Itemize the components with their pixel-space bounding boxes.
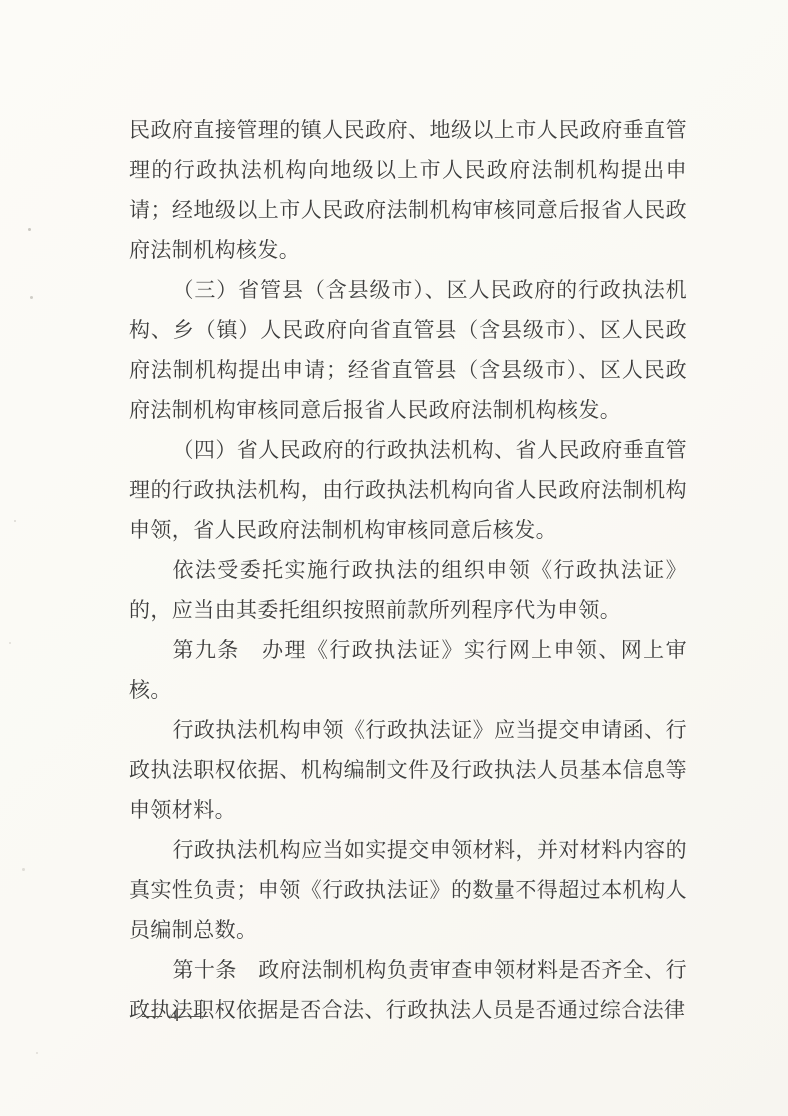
paragraph-article-9: 第九条 办理《行政执法证》实行网上申领、网上审核。 [129,630,687,710]
scan-speck [36,1052,38,1054]
scan-speck [28,228,31,231]
scan-speck [9,642,11,644]
paragraph-article-10: 第十条 政府法制机构负责审查申领材料是否齐全、行政执法职权依据是否合法、行政执法… [129,950,687,1030]
paragraph-entrusted-org: 依法受委托实施行政执法的组织申领《行政执法证》的，应当由其委托组织按照前款所列程… [129,550,687,630]
paragraph-application-materials: 行政执法机构申领《行政执法证》应当提交申请函、行政执法职权依据、机构编制文件及行… [129,710,687,830]
document-body: 民政府直接管理的镇人民政府、地级以上市人民政府垂直管理的行政执法机构向地级以上市… [129,110,687,1030]
scan-speck [22,868,25,871]
paragraph-item-4: （四）省人民政府的行政执法机构、省人民政府垂直管理的行政执法机构，由行政执法机构… [129,430,687,550]
page-number: — 4 — [142,1001,210,1029]
scan-speck [30,296,33,299]
paragraph-truthfulness: 行政执法机构应当如实提交申领材料，并对材料内容的真实性负责；申领《行政执法证》的… [129,830,687,950]
paragraph-item-3: （三）省管县（含县级市）、区人民政府的行政执法机构、乡（镇）人民政府向省直管县（… [129,270,687,430]
paragraph-continuation: 民政府直接管理的镇人民政府、地级以上市人民政府垂直管理的行政执法机构向地级以上市… [129,110,687,270]
scanned-document-page: 民政府直接管理的镇人民政府、地级以上市人民政府垂直管理的行政执法机构向地级以上市… [0,0,788,1116]
scan-speck [14,520,16,522]
